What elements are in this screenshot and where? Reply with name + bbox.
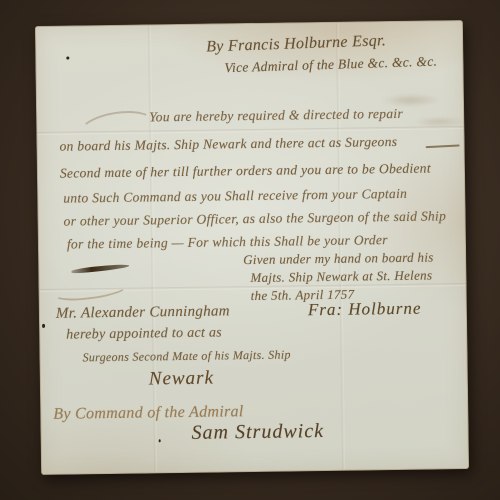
dateline-line-2: Majts. Ship Newark at St. Helens <box>250 267 432 286</box>
order-text-line-5: or other your Superior Officer, as also … <box>64 208 447 229</box>
ink-speck <box>66 57 69 60</box>
photo-of-document: By Francis Holburne Esqr. Vice Admiral o… <box>0 0 500 500</box>
appointment-rank-line: Surgeons Second Mate of his Majts. Ship <box>82 347 290 365</box>
order-text-line-1: You are hereby required & directed to re… <box>149 106 403 126</box>
admiral-signature: Fra: Holburne <box>308 299 422 321</box>
issuer-title-line: Vice Admiral of the Blue &c. &c. &c. <box>224 54 437 77</box>
ink-smear-mark <box>71 263 129 274</box>
secretary-signature: Sam Strudwick <box>191 420 324 445</box>
appointment-text-line: hereby appointed to act as <box>66 325 222 343</box>
ink-speck <box>42 324 45 328</box>
order-text-line-3: Second mate of her till further orders a… <box>60 160 431 181</box>
ship-name: Newark <box>149 368 214 391</box>
pen-flourish-arc <box>53 277 130 302</box>
order-text-line-4: unto Such Command as you Shall receive f… <box>63 186 407 207</box>
appointee-name-line: Mr. Alexander Cunningham <box>56 303 230 322</box>
issuer-name-line: By Francis Holburne Esqr. <box>206 32 386 56</box>
pen-dash-flourish <box>426 144 460 148</box>
order-text-line-2: on board his Majts. Ship Newark and ther… <box>59 134 397 155</box>
ink-speck <box>159 439 161 442</box>
manuscript-page: By Francis Holburne Esqr. Vice Admiral o… <box>35 20 469 475</box>
dateline-line-1: Given under my hand on board his <box>243 249 434 268</box>
